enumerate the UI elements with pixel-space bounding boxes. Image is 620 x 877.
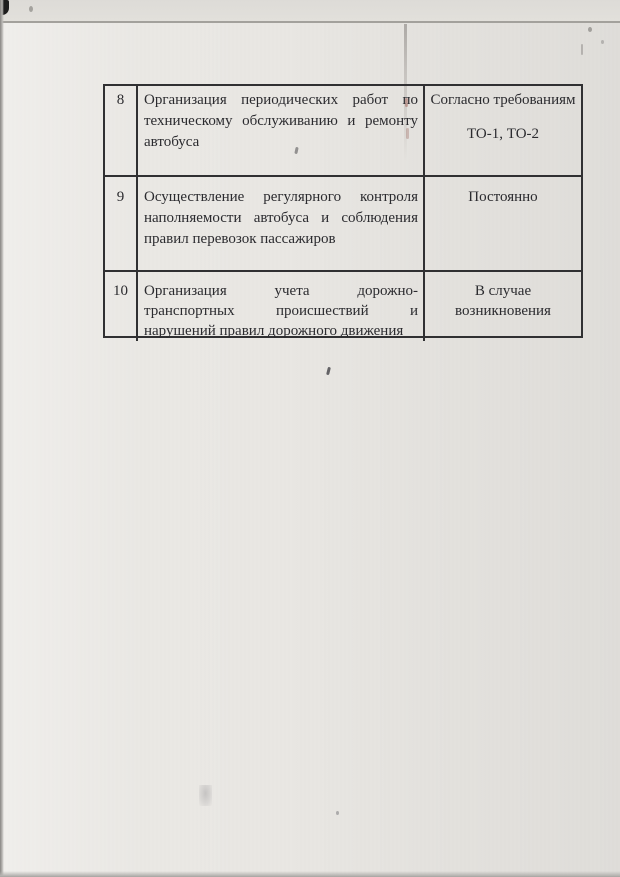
scan-ink-mark [326, 367, 331, 375]
scan-smudge [199, 785, 212, 806]
row-number: 9 [117, 189, 125, 205]
scan-bottom-edge [0, 871, 620, 877]
task-text: Организация учета дорожно-транспортных п… [144, 283, 418, 339]
schedule-text: Согласно требованиям [425, 90, 581, 111]
task-text: Осуществление регулярного контроля напол… [144, 189, 418, 247]
schedule-text: ТО-1, ТО-2 [425, 124, 581, 145]
scan-speck [588, 27, 592, 32]
scan-left-edge [0, 0, 4, 877]
schedule-cell: Постоянно [425, 177, 581, 270]
task-cell: Организация учета дорожно-транспортных п… [138, 272, 425, 341]
task-cell: Осуществление регулярного контроля напол… [138, 177, 425, 270]
scan-speck [336, 811, 339, 815]
row-number: 8 [117, 92, 125, 108]
tasks-table: 8 Организация периодических работ по тех… [103, 84, 583, 338]
table-row: 8 Организация периодических работ по тех… [105, 86, 581, 177]
scanner-top-strip [0, 0, 620, 23]
schedule-text: возникновения [425, 301, 581, 321]
row-number-cell: 8 [105, 86, 138, 175]
row-number-cell: 10 [105, 272, 138, 341]
scanned-page: 8 Организация периодических работ по тех… [0, 0, 620, 877]
schedule-cell: В случае возникновения [425, 272, 581, 341]
row-number: 10 [113, 283, 128, 299]
scan-streak [581, 44, 583, 55]
table-row: 10 Организация учета дорожно-транспортны… [105, 272, 581, 336]
table-row: 9 Осуществление регулярного контроля нап… [105, 177, 581, 272]
task-text: Организация периодических работ по техни… [144, 92, 418, 150]
row-number-cell: 9 [105, 177, 138, 270]
task-cell: Организация периодических работ по техни… [138, 86, 425, 175]
schedule-text: В случае [425, 281, 581, 301]
schedule-text: Постоянно [425, 187, 581, 208]
scan-speck [601, 40, 604, 44]
schedule-cell: Согласно требованиям ТО-1, ТО-2 [425, 86, 581, 175]
